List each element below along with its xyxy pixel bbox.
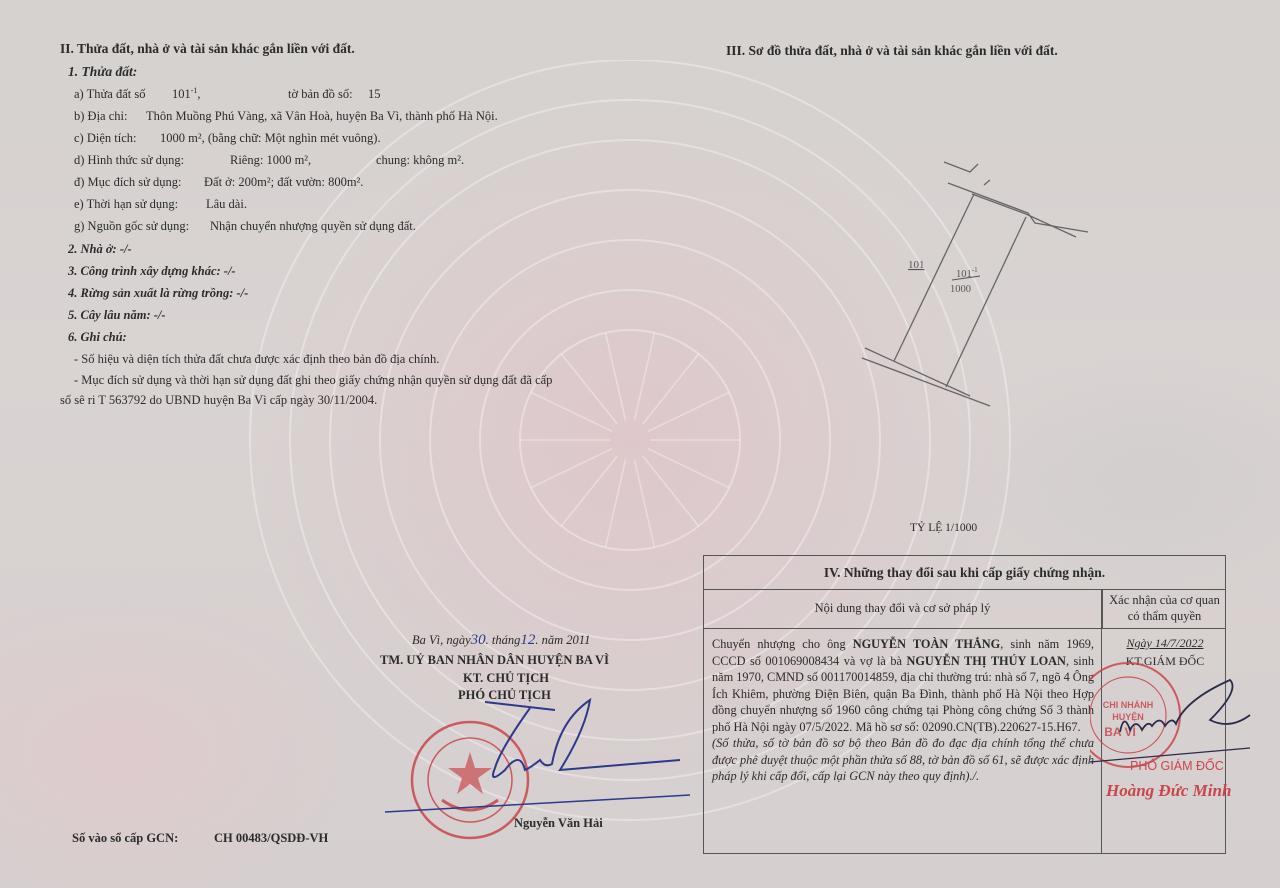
registry-value: CH 00483/QSDĐ-VH bbox=[214, 832, 328, 845]
section2-title: II. Thửa đất, nhà ở và tài sản khác gắn … bbox=[60, 42, 355, 56]
sign-role1: KT. CHỦ TỊCH bbox=[463, 672, 549, 685]
note-1: - Số hiệu và diện tích thửa đất chưa đượ… bbox=[74, 353, 439, 366]
purpose-label: đ) Mục đích sử dụng: bbox=[74, 176, 181, 189]
district-signer: Nguyễn Văn Hải bbox=[514, 817, 603, 830]
change-note: (Số thửa, số tờ bản đồ sơ bộ theo Bản đồ… bbox=[712, 736, 1094, 783]
sign-date: Ba Vì, ngày30. tháng12. năm 2011 bbox=[412, 633, 590, 648]
svg-text:HUYỆN: HUYỆN bbox=[1112, 711, 1144, 722]
note-3: số sê ri T 563792 do UBND huyện Ba Vì cấ… bbox=[60, 394, 377, 407]
perennial-line: 5. Cây lâu năm: -/- bbox=[68, 309, 166, 322]
parcel-number: 101-1, bbox=[172, 88, 201, 101]
col-content-header: Nội dung thay đổi và cơ sở pháp lý bbox=[704, 590, 1101, 629]
svg-text:CHI NHÁNH: CHI NHÁNH bbox=[1103, 700, 1154, 710]
purpose-value: Đất ở: 200m²; đất vườn: 800m². bbox=[204, 176, 363, 189]
term-value: Lâu dài. bbox=[206, 198, 247, 211]
house-line: 2. Nhà ở: -/- bbox=[68, 243, 132, 256]
district-stamp bbox=[412, 722, 528, 838]
section3-title: III. Sơ đồ thửa đất, nhà ở và tài sản kh… bbox=[726, 44, 1058, 58]
scale-label: TỶ LỆ 1/1000 bbox=[910, 523, 977, 535]
col-confirm-header: Xác nhận của cơ quan có thẩm quyền bbox=[1102, 590, 1226, 629]
district-signature bbox=[485, 700, 680, 777]
forest-line: 4. Rừng sản xuất là rừng trồng: -/- bbox=[68, 287, 248, 300]
area-value: 1000 m², (bằng chữ: Một nghìn mét vuông)… bbox=[160, 132, 381, 145]
parcel-label: a) Thửa đất số bbox=[74, 88, 145, 101]
other-construction-line: 3. Công trình xây dựng khác: -/- bbox=[68, 265, 236, 278]
map-sheet-label: tờ bản đồ số: bbox=[288, 88, 353, 101]
use-private: Riêng: 1000 m², bbox=[230, 154, 311, 167]
origin-value: Nhận chuyển nhượng quyền sử dụng đất. bbox=[210, 220, 416, 233]
term-label: e) Thời hạn sử dụng: bbox=[74, 198, 178, 211]
confirm-date: Ngày 14/7/2022 bbox=[1106, 636, 1224, 651]
svg-text:1000: 1000 bbox=[950, 284, 971, 295]
origin-label: g) Nguồn gốc sử dụng: bbox=[74, 220, 189, 233]
map-sheet-number: 15 bbox=[368, 88, 381, 101]
section4-title: IV. Những thay đổi sau khi cấp giấy chứn… bbox=[704, 556, 1225, 590]
use-form-label: d) Hình thức sử dụng: bbox=[74, 154, 184, 167]
svg-text:101: 101 bbox=[908, 259, 925, 271]
address-value: Thôn Muồng Phú Vàng, xã Vân Hoà, huyện B… bbox=[146, 110, 498, 123]
registry-label: Số vào sổ cấp GCN: bbox=[72, 832, 178, 845]
branch-signer-title: PHÓ GIÁM ĐỐC bbox=[1130, 760, 1224, 773]
parcel-sketch: 101 101-1 1000 bbox=[850, 150, 1110, 420]
change-entry: Chuyển nhượng cho ông NGUYỄN TOÀN THẮNG,… bbox=[712, 636, 1094, 785]
branch-signer-name: Hoàng Đức Minh bbox=[1106, 782, 1231, 799]
use-common: chung: không m². bbox=[376, 154, 464, 167]
area-label: c) Diện tích: bbox=[74, 132, 136, 145]
note-2: - Mục đích sử dụng và thời hạn sử dụng đ… bbox=[74, 374, 552, 387]
notes-heading: 6. Ghi chú: bbox=[68, 331, 127, 344]
address-label: b) Địa chỉ: bbox=[74, 110, 127, 123]
land-heading: 1. Thửa đất: bbox=[68, 65, 137, 79]
sign-org: TM. UỶ BAN NHÂN DÂN HUYỆN BA VÌ bbox=[380, 654, 609, 667]
